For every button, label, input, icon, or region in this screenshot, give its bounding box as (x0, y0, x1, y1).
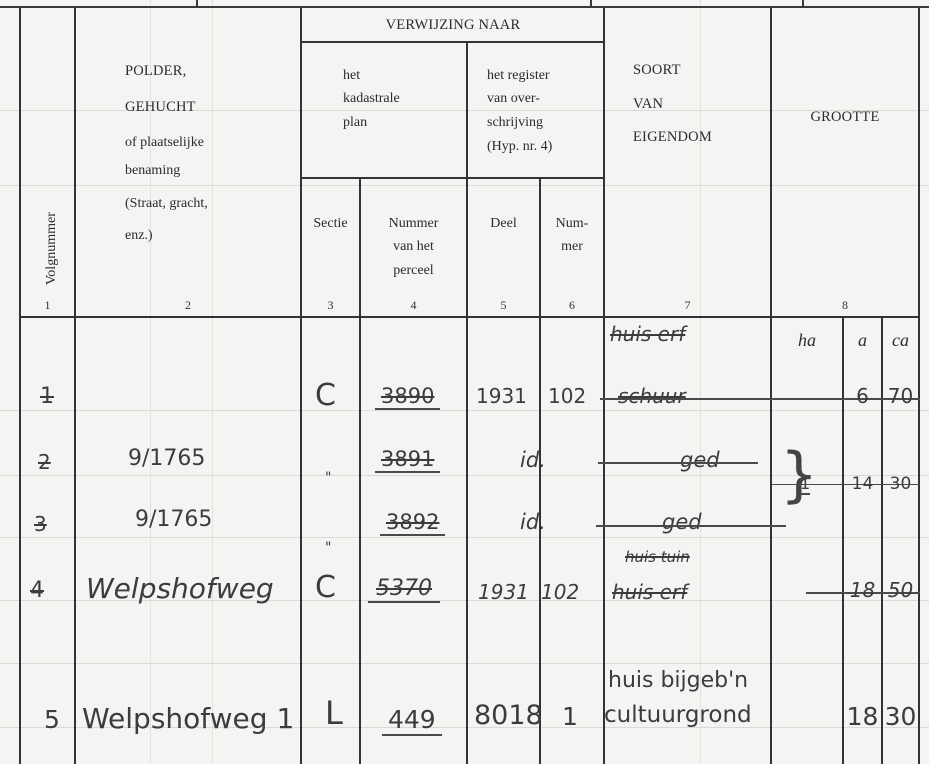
divider-col1 (74, 8, 76, 764)
header-enz: enz.) (125, 227, 153, 244)
row5-sectie: L (325, 694, 343, 732)
row4-deel: 1931 (478, 580, 529, 604)
row3-soort: ged (662, 510, 702, 534)
header-volgnummer: Volgnummer (44, 212, 60, 285)
row2-benaming: 9/1765 (128, 446, 205, 471)
divider-col4 (466, 42, 468, 764)
top-border-strip (0, 0, 929, 8)
row1-sectie: C (315, 378, 336, 413)
row4-ca: 50 (883, 578, 918, 602)
row4-a: 18 (844, 578, 881, 602)
row4-soort: huis erf (612, 580, 687, 604)
row5-nummer: 1 (562, 702, 578, 731)
unit-a: a (844, 330, 881, 351)
header-kadastrale-1: het (343, 67, 360, 84)
column-number-8: 8 (772, 298, 918, 313)
row1-perceel: 3890 (375, 384, 440, 410)
row3-benaming: 9/1765 (135, 507, 212, 532)
row3-strikethrough (596, 525, 786, 527)
header-kadastrale-2: kadastrale (343, 90, 400, 107)
ghost-line (0, 663, 929, 664)
row3-sectie-ditto: " (325, 540, 331, 556)
row2-volgnummer: 2 (38, 450, 51, 474)
row4-sectie: C (315, 570, 336, 605)
row5-ca: 30 (883, 702, 918, 731)
ghost-line (212, 0, 213, 764)
row3-ca: 30 (883, 474, 918, 494)
row4-nummer: 102 (541, 580, 579, 604)
header-polder: POLDER, (125, 63, 186, 80)
ghost-line (0, 410, 929, 411)
row1-soort-top: huis erf (610, 322, 685, 346)
header-van: VAN (633, 96, 663, 113)
row2-perceel: 3891 (375, 447, 440, 473)
column-number-4: 4 (361, 298, 466, 313)
column-number-5: 5 (468, 298, 539, 313)
header-gehucht: GEHUCHT (125, 99, 196, 116)
row5-soort-top: huis bijgeb'n (608, 668, 748, 693)
row5-volgnummer: 5 (44, 705, 60, 734)
border-left (19, 8, 21, 764)
header-soort: SOORT (633, 62, 681, 79)
kadaster-register-page: Volgnummer POLDER, GEHUCHT of plaatselij… (0, 0, 929, 764)
header-nummer-perceel-3: perceel (361, 262, 466, 279)
divider-col2 (300, 8, 302, 764)
row5-a: 18 (844, 702, 881, 731)
verwijzing-underline (300, 41, 605, 43)
row4-soort-top: huis tuin (625, 548, 690, 566)
border-right (918, 8, 920, 764)
header-plaatselijke: of plaatselijke (125, 134, 204, 151)
row4-benaming: Welpshofweg (86, 572, 274, 605)
ghost-line (0, 185, 929, 186)
header-kadastrale-3: plan (343, 114, 367, 131)
header-register-3: schrijving (487, 114, 543, 131)
header-deel: Deel (468, 215, 539, 232)
header-register-1: het register (487, 67, 550, 84)
row2-sectie-ditto: " (325, 470, 331, 486)
row5-soort: cultuurgrond (604, 702, 752, 728)
row4-volgnummer: 4 (30, 578, 44, 603)
row5-perceel: 449 (382, 705, 442, 736)
row1-deel: 1931 (476, 384, 527, 408)
unit-ha: ha (772, 330, 842, 351)
header-nummer-1: Num- (541, 215, 603, 232)
header-nummer-2: mer (541, 238, 603, 255)
row2-strikethrough (598, 462, 758, 464)
row4-perceel: 5370 (368, 576, 440, 603)
header-sectie: Sectie (302, 215, 359, 232)
header-verwijzing-naar: VERWIJZING NAAR (302, 17, 604, 34)
row1-soort: schuur (618, 384, 686, 408)
row3-volgnummer: 3 (34, 512, 47, 536)
row1-ca: 70 (883, 384, 918, 408)
column-number-1: 1 (21, 298, 74, 313)
column-number-6: 6 (541, 298, 603, 313)
column-number-7: 7 (605, 298, 770, 313)
column-number-3: 3 (302, 298, 359, 313)
unit-ca: ca (883, 330, 918, 351)
row3-nummer: id. (520, 510, 546, 534)
header-bottom-rule (19, 316, 920, 318)
divider-col6 (603, 8, 605, 764)
row3-ha: 1 (800, 474, 810, 495)
header-grootte: GROOTTE (772, 109, 918, 126)
subheader-divider (300, 177, 605, 179)
column-number-2: 2 (76, 298, 300, 313)
row1-volgnummer: 1 (40, 384, 54, 409)
row3-perceel: 3892 (380, 510, 445, 536)
row1-a: 6 (844, 384, 881, 408)
header-register-4: (Hyp. nr. 4) (487, 138, 552, 155)
header-eigendom: EIGENDOM (633, 129, 712, 146)
ghost-line (700, 0, 701, 764)
header-register-2: van over- (487, 90, 540, 107)
ghost-line (0, 537, 929, 538)
row1-nummer: 102 (548, 384, 586, 408)
row2-soort: ged (680, 448, 720, 472)
row3-a: 14 (844, 474, 881, 494)
header-nummer-perceel-1: Nummer (361, 215, 466, 232)
header-straat: (Straat, gracht, (125, 195, 208, 212)
row2-nummer: id. (520, 448, 546, 472)
row5-deel: 8018 (474, 700, 543, 731)
header-benaming: benaming (125, 162, 180, 179)
header-nummer-perceel-2: van het (361, 238, 466, 255)
row5-benaming: Welpshofweg 1 (82, 702, 294, 735)
